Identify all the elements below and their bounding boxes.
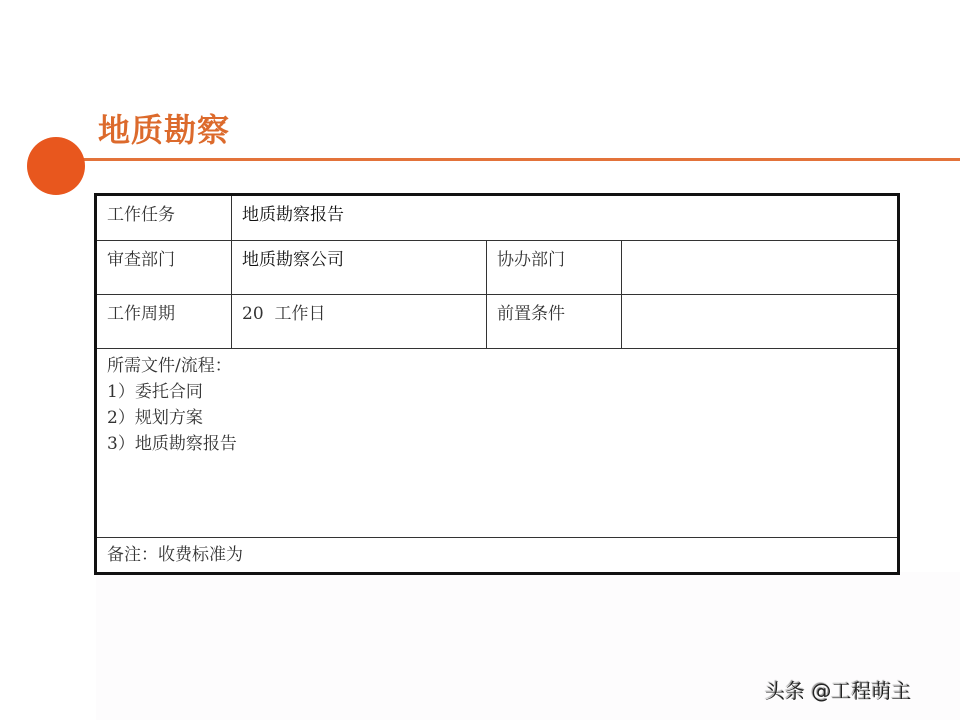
label-precondition: 前置条件	[487, 295, 622, 349]
table-row-work-period: 工作周期 20 工作日 前置条件	[96, 295, 899, 349]
watermark-text: 头条 @工程萌主	[765, 675, 911, 704]
table-row-task: 工作任务 地质勘察报告	[96, 195, 899, 241]
document-item: 2）规划方案	[107, 405, 887, 431]
label-work-period: 工作周期	[96, 295, 232, 349]
value-review-dept: 地质勘察公司	[232, 241, 487, 295]
documents-heading: 所需文件/流程：	[107, 353, 887, 379]
note-cell: 备注：收费标准为	[96, 538, 899, 574]
table-row-documents: 所需文件/流程： 1）委托合同 2）规划方案 3）地质勘察报告	[96, 349, 899, 538]
label-work-task: 工作任务	[96, 195, 232, 241]
value-work-task: 地质勘察报告	[232, 195, 899, 241]
slide-title: 地质勘察	[98, 110, 230, 150]
value-assist-dept	[622, 241, 899, 295]
table-row-review-dept: 审查部门 地质勘察公司 协办部门	[96, 241, 899, 295]
label-assist-dept: 协办部门	[487, 241, 622, 295]
decorative-circle-icon	[27, 137, 85, 195]
document-item: 1）委托合同	[107, 379, 887, 405]
table-row-note: 备注：收费标准为	[96, 538, 899, 574]
value-work-period: 20 工作日	[232, 295, 487, 349]
documents-cell: 所需文件/流程： 1）委托合同 2）规划方案 3）地质勘察报告	[96, 349, 899, 538]
value-precondition	[622, 295, 899, 349]
document-item: 3）地质勘察报告	[107, 431, 887, 457]
label-review-dept: 审查部门	[96, 241, 232, 295]
title-underline	[80, 158, 960, 161]
task-info-table: 工作任务 地质勘察报告 审查部门 地质勘察公司 协办部门 工作周期 20 工作日…	[94, 193, 900, 575]
